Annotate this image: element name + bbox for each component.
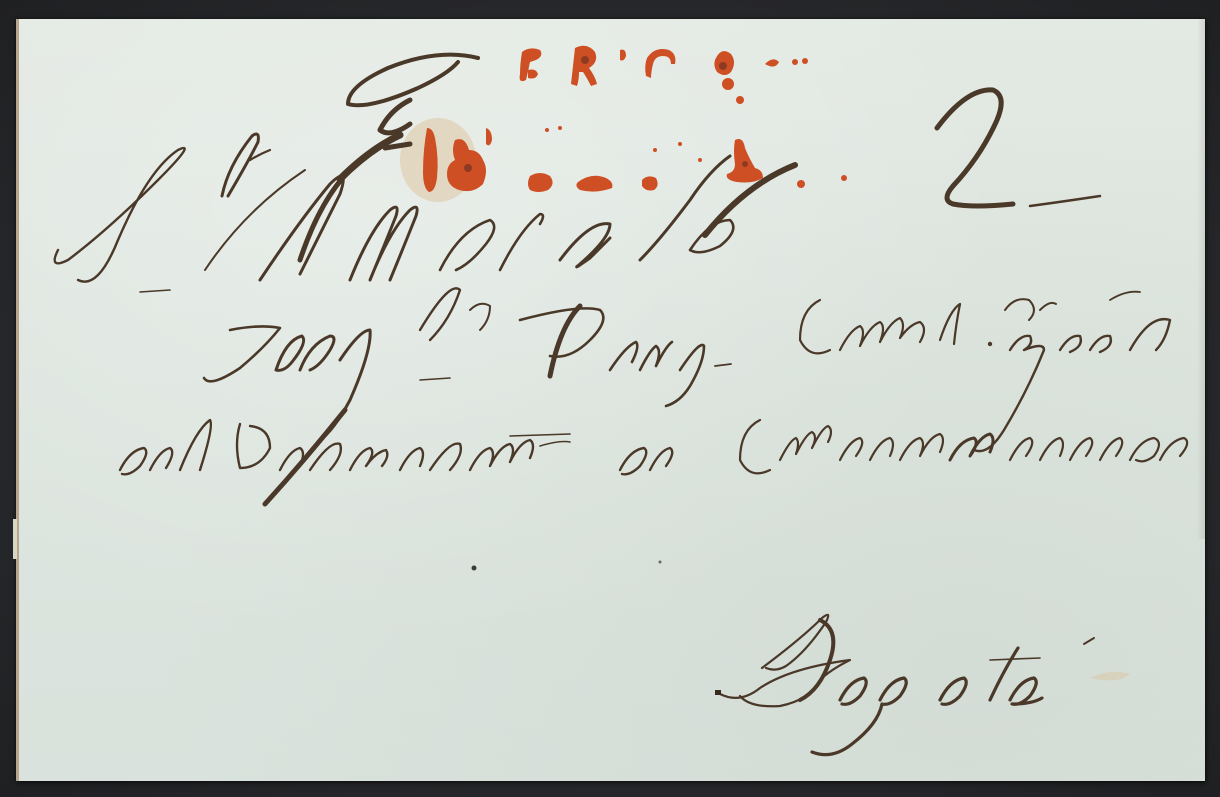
postmark-line-1: FRANCO <box>520 50 743 85</box>
address-line-3: del Departam.to de Cundinamarca <box>118 420 925 474</box>
paper-speck <box>659 561 662 564</box>
handwriting-artwork <box>0 0 1220 797</box>
initial-mark: E <box>360 60 389 106</box>
address-line-2: Joaq.n París - Comand.te gral <box>200 300 974 360</box>
address-line-1: S.r General <box>60 170 523 263</box>
paper-speck <box>472 566 477 571</box>
rate-mark: 2 <box>930 90 981 183</box>
address-city: Bogotá <box>720 630 949 704</box>
